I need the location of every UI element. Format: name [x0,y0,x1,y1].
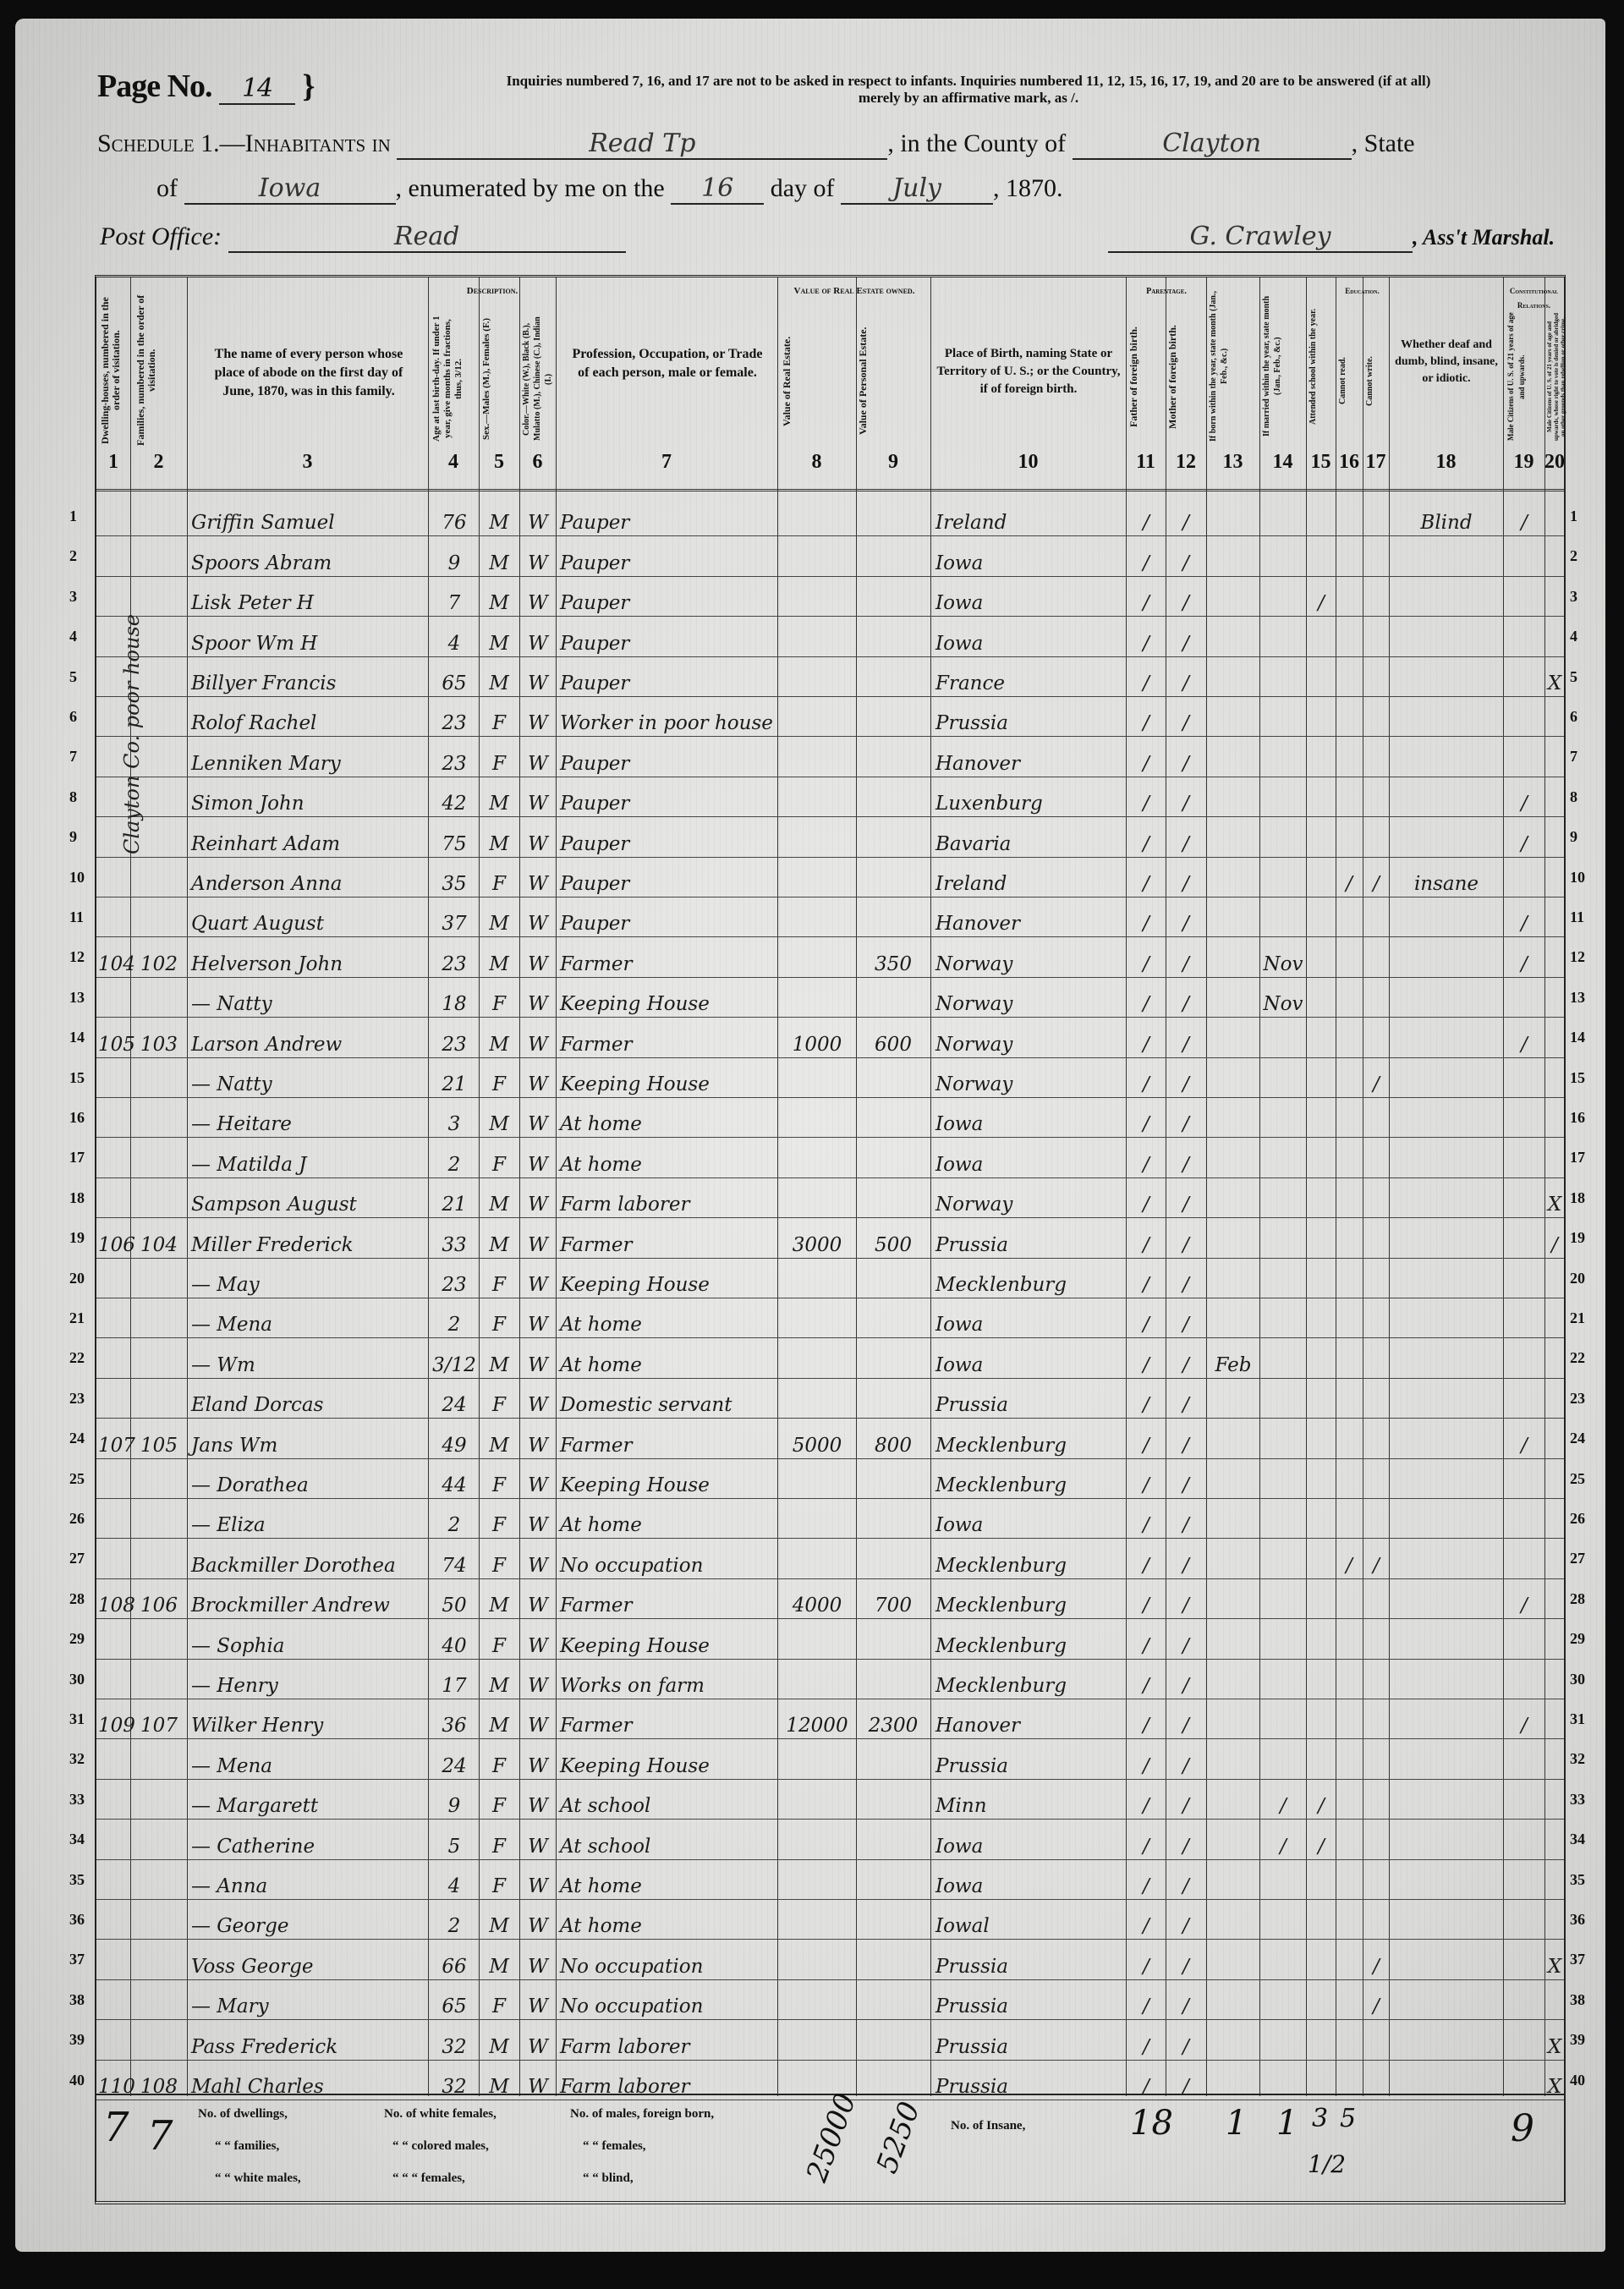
cell-occupation: At home [560,1314,776,1336]
cell-age: 2 [431,1514,478,1536]
cell-personal: 500 [858,1234,929,1256]
page-totals: 7 7 No. of dwellings, No. of white femal… [95,2094,1566,2204]
cell-color: W [521,1394,555,1416]
cell-citizen: / [1505,1715,1544,1737]
cell-name: Jans Wm [191,1435,428,1457]
cell-mother: / [1167,1394,1204,1416]
cell-sex: M [480,1595,518,1617]
line-number-right: 40 [1570,2072,1585,2089]
cell-write: / [1364,1956,1388,1978]
line-number-right: 20 [1570,1270,1585,1287]
cell-birthplace: Prussia [935,712,1123,734]
cell-name: — Sophia [191,1635,428,1657]
cell-family: 106 [132,1595,186,1617]
cell-birthplace: Prussia [935,1995,1123,2017]
cell-sex: M [480,1956,518,1978]
cell-sex: F [480,1394,518,1416]
cell-sex: F [480,712,518,734]
cell-father: / [1127,873,1165,895]
cell-mother: / [1167,1755,1204,1777]
line-number-left: 14 [69,1029,85,1046]
cell-name: Griffin Samuel [191,512,428,534]
table-row: 33Lisk Peter H7MWPauperIowa/// [96,576,1564,617]
line-number-left: 9 [69,828,77,846]
cell-mother: / [1167,672,1204,694]
line-number-left: 40 [69,2072,85,2089]
education-group-header: Education. [1336,284,1389,299]
cell-birthplace: Mecklenburg [935,1555,1123,1577]
cell-color: W [521,993,555,1015]
cell-sex: F [480,1073,518,1095]
line-number-right: 5 [1570,668,1577,686]
line-number-left: 32 [69,1750,85,1768]
line-number-right: 17 [1570,1149,1585,1166]
table-row: 22Spoors Abram9MWPauperIowa// [96,535,1564,576]
line-number-right: 34 [1570,1831,1585,1848]
cell-citizen: / [1505,953,1544,975]
line-number-left: 16 [69,1109,85,1127]
cell-personal: 350 [858,953,929,975]
table-row: 3333— Margarett9FWAt schoolMinn//// [96,1779,1564,1820]
cell-age: 74 [431,1555,478,1577]
cell-father: / [1127,793,1165,815]
line-number-right: 25 [1570,1470,1585,1488]
cell-name: — Matilda J [191,1154,428,1176]
cell-sex: F [480,1474,518,1496]
cell-mother: / [1167,1314,1204,1336]
cell-citizen: / [1505,512,1544,534]
cell-occupation: At home [560,1514,776,1536]
cell-occupation: Works on farm [560,1675,776,1697]
line-number-left: 13 [69,989,85,1007]
cell-birthplace: Prussia [935,1755,1123,1777]
line-number-left: 15 [69,1069,85,1087]
cell-father: / [1127,1274,1165,1296]
cell-color: W [521,793,555,815]
cell-color: W [521,1635,555,1657]
cell-father: / [1127,1875,1165,1897]
table-row: 2929— Sophia40FWKeeping HouseMecklenburg… [96,1618,1564,1659]
cell-age: 32 [431,2036,478,2058]
cell-occupation: At home [560,1354,776,1376]
cell-birthplace: Hanover [935,913,1123,935]
cell-birthplace: Norway [935,953,1123,975]
page-number-value: 14 [219,74,295,105]
cell-name: — Mena [191,1755,428,1777]
cell-mother: / [1167,2036,1204,2058]
cell-denied: X [1545,1956,1564,1978]
cell-occupation: Keeping House [560,1274,776,1296]
margin-annotation: Clayton Co. poor house [120,614,144,854]
cell-name: Lenniken Mary [191,753,428,775]
cell-color: W [521,913,555,935]
cell-occupation: Pauper [560,833,776,855]
table-row: 77Lenniken Mary23FWPauperHanover// [96,736,1564,777]
cell-sex: F [480,1514,518,1536]
cell-occupation: Pauper [560,512,776,534]
cell-color: W [521,1675,555,1697]
line-number-right: 22 [1570,1349,1585,1367]
cell-name: — Henry [191,1675,428,1697]
table-row: 1414105103Larson Andrew23MWFarmer1000600… [96,1017,1564,1057]
table-row: 44Spoor Wm H4MWPauperIowa// [96,616,1564,656]
cell-birthplace: Iowa [935,1875,1123,1897]
col5-header: Sex.—Males (M.), Females (F.) [481,316,517,442]
cell-sex: F [480,1875,518,1897]
cell-age: 21 [431,1073,478,1095]
cell-name: — Margarett [191,1795,428,1817]
line-number-left: 28 [69,1590,85,1608]
cell-sex: M [480,1234,518,1256]
line-number-right: 14 [1570,1029,1585,1046]
personal-estate-total: 5250 [870,2098,927,2178]
cell-occupation: Pauper [560,753,776,775]
table-row: 3232— Mena24FWKeeping HousePrussia// [96,1738,1564,1779]
cell-occupation: Farmer [560,1034,776,1056]
line-number-left: 20 [69,1270,85,1287]
col14-total: 1 [1276,2104,1298,2143]
cell-father: / [1127,1915,1165,1937]
cell-color: W [521,1274,555,1296]
line-number-right: 18 [1570,1189,1585,1207]
cell-father: / [1127,1836,1165,1858]
families-total: 7 [147,2112,173,2160]
cell-mother: / [1167,913,1204,935]
table-row: 99Reinhart Adam75MWPauperBavaria/// [96,816,1564,857]
line-number-left: 3 [69,588,77,606]
cell-mother: / [1167,1555,1204,1577]
cell-father: / [1127,1675,1165,1697]
line-number-right: 7 [1570,748,1577,766]
cell-condition: insane [1391,873,1502,895]
enumeration-line: of Iowa, enumerated by me on the 16 day … [156,173,1063,205]
cell-occupation: Pauper [560,592,776,614]
line-number-left: 23 [69,1390,85,1408]
cell-sex: F [480,1274,518,1296]
cell-name: — Catherine [191,1836,428,1858]
cell-mother: / [1167,1194,1204,1216]
table-row: 1717— Matilda J2FWAt homeIowa// [96,1137,1564,1177]
cell-mother: / [1167,1354,1204,1376]
cell-mother: / [1167,1995,1204,2017]
cell-father: / [1127,753,1165,775]
line-number-right: 23 [1570,1390,1585,1408]
cell-name: Quart August [191,913,428,935]
table-row: 1212104102Helverson John23MWFarmer350Nor… [96,936,1564,977]
dwellings-total: 7 [103,2104,129,2151]
cell-sex: M [480,793,518,815]
line-number-left: 10 [69,869,85,887]
cell-father: / [1127,712,1165,734]
cell-mother: / [1167,1474,1204,1496]
cell-birthplace: Iowa [935,592,1123,614]
cell-name: Anderson Anna [191,873,428,895]
cell-father: / [1127,833,1165,855]
cell-age: 3 [431,1113,478,1135]
instructions-notice: Inquiries numbered 7, 16, and 17 are not… [381,73,1556,107]
cell-personal: 2300 [858,1715,929,1737]
cell-name: Eland Dorcas [191,1394,428,1416]
cell-color: W [521,1836,555,1858]
line-number-left: 1 [69,508,77,525]
cell-occupation: Farmer [560,1234,776,1256]
cell-name: Reinhart Adam [191,833,428,855]
cell-write: / [1364,1555,1388,1577]
cell-sex: F [480,1555,518,1577]
cell-occupation: Worker in poor house [560,712,776,734]
post-office-line: Post Office: Read [100,222,626,253]
cell-birthplace: Prussia [935,1956,1123,1978]
table-row: 3636— George2MWAt homeIowal// [96,1899,1564,1940]
cell-color: W [521,873,555,895]
cell-color: W [521,1514,555,1536]
cell-school: / [1308,1836,1335,1858]
cell-name: Backmiller Dorothea [191,1555,428,1577]
cell-age: 21 [431,1194,478,1216]
line-number-right: 6 [1570,708,1577,726]
cell-name: — Mary [191,1995,428,2017]
table-row: 2626— Eliza2FWAt homeIowa// [96,1498,1564,1539]
table-row: 1111Quart August37MWPauperHanover/// [96,897,1564,937]
cell-age: 36 [431,1715,478,1737]
line-number-right: 16 [1570,1109,1585,1127]
cell-mother: / [1167,793,1204,815]
cell-mother: / [1167,1154,1204,1176]
cell-mother: / [1167,1956,1204,1978]
cell-name: — Natty [191,1073,428,1095]
col15-total: 3 [1312,2104,1328,2133]
line-number-right: 28 [1570,1590,1585,1608]
cell-sex: F [480,1314,518,1336]
line-number-left: 2 [69,547,77,565]
cell-color: W [521,753,555,775]
cell-occupation: No occupation [560,1995,776,2017]
cell-father: / [1127,1715,1165,1737]
marshal-signature: G. Crawley [1108,222,1413,253]
line-number-right: 4 [1570,628,1577,645]
cell-color: W [521,2036,555,2058]
line-number-left: 4 [69,628,77,645]
table-row: 2424107105Jans Wm49MWFarmer5000800Meckle… [96,1418,1564,1458]
cell-name: — Dorathea [191,1474,428,1496]
cell-sex: F [480,1795,518,1817]
col16-total: 5 [1340,2104,1356,2133]
cell-color: W [521,633,555,655]
cell-occupation: Farmer [560,1715,776,1737]
line-number-right: 10 [1570,869,1585,887]
line-number-right: 9 [1570,828,1577,846]
col17-header: Cannot write. [1364,320,1388,442]
cell-name: — May [191,1274,428,1296]
col2-header: Families, numbered in the order of visit… [135,294,164,447]
cell-mother: / [1167,873,1204,895]
cell-personal: 600 [858,1034,929,1056]
cell-denied: / [1545,1234,1564,1256]
cell-birthplace: Iowal [935,1915,1123,1937]
line-number-left: 27 [69,1550,85,1567]
cell-occupation: At home [560,1154,776,1176]
cell-birthplace: Iowa [935,1514,1123,1536]
cell-birthplace: Iowa [935,1314,1123,1336]
cell-occupation: Keeping House [560,1635,776,1657]
line-number-right: 33 [1570,1791,1585,1809]
cell-condition: Blind [1391,512,1502,534]
table-row: 1616— Heitare3MWAt homeIowa// [96,1097,1564,1138]
cell-birthplace: Hanover [935,1715,1123,1737]
cell-father: / [1127,1514,1165,1536]
cell-sex: F [480,1995,518,2017]
cell-name: Sampson August [191,1194,428,1216]
col20-header: Male Citizens of U. S. of 21 years of ag… [1546,311,1563,442]
col11-total: 18 [1130,2104,1173,2143]
col16-header: Cannot read. [1337,320,1361,442]
cell-color: W [521,1034,555,1056]
cell-age: 9 [431,552,478,574]
cell-age: 17 [431,1675,478,1697]
cell-citizen: / [1505,1034,1544,1056]
cell-sex: M [480,833,518,855]
cell-sex: M [480,913,518,935]
table-row: 3939Pass Frederick32MWFarm laborerPrussi… [96,2019,1564,2060]
cell-occupation: At home [560,1915,776,1937]
line-number-right: 27 [1570,1550,1585,1567]
table-row: 1818Sampson August21MWFarm laborerNorway… [96,1177,1564,1218]
cell-age: 23 [431,753,478,775]
cell-occupation: At school [560,1836,776,1858]
cell-birthplace: Mecklenburg [935,1595,1123,1617]
cell-name: — Eliza [191,1514,428,1536]
marshal-line: G. Crawley, Ass't Marshal. [1108,222,1555,253]
cell-occupation: Farm laborer [560,2036,776,2058]
line-number-left: 37 [69,1951,85,1968]
line-number-right: 24 [1570,1430,1585,1447]
cell-age: 65 [431,1995,478,2017]
cell-citizen: / [1505,913,1544,935]
cell-sex: M [480,1034,518,1056]
cell-age: 2 [431,1915,478,1937]
cell-married-month: / [1261,1836,1305,1858]
cell-mother: / [1167,1635,1204,1657]
col1-header: Dwelling-houses, numbered in the order o… [100,294,129,447]
line-number-right: 8 [1570,788,1577,806]
line-number-left: 19 [69,1229,85,1247]
cell-color: W [521,1755,555,1777]
cell-birthplace: Prussia [935,2036,1123,2058]
cell-mother: / [1167,993,1204,1015]
cell-occupation: At home [560,1113,776,1135]
cell-color: W [521,1995,555,2017]
cell-sex: F [480,1154,518,1176]
cell-color: W [521,592,555,614]
month-field: July [841,173,993,205]
cell-father: / [1127,1635,1165,1657]
cell-color: W [521,1715,555,1737]
cell-father: / [1127,1394,1165,1416]
cell-father: / [1127,1154,1165,1176]
cell-dwelling: 108 [98,1595,130,1617]
cell-age: 23 [431,1274,478,1296]
cell-color: W [521,1875,555,1897]
cell-family: 105 [132,1435,186,1457]
cell-age: 23 [431,953,478,975]
cell-age: 18 [431,993,478,1015]
cell-sex: F [480,753,518,775]
cell-mother: / [1167,512,1204,534]
cell-family: 107 [132,1715,186,1737]
table-row: 3434— Catherine5FWAt schoolIowa//// [96,1819,1564,1859]
col14-header: If married within the year, state month … [1261,290,1305,442]
cell-name: Rolof Rachel [191,712,428,734]
col19-total: 9 [1511,2107,1534,2150]
cell-birthplace: Mecklenburg [935,1474,1123,1496]
cell-father: / [1127,913,1165,935]
table-row: 88Simon John42MWPauperLuxenburg/// [96,777,1564,817]
line-number-left: 29 [69,1630,85,1648]
cell-denied: X [1545,2036,1564,2058]
cell-name: Helverson John [191,953,428,975]
cell-mother: / [1167,1034,1204,1056]
cell-real: 1000 [780,1034,854,1056]
real-estate-total: 25000 [800,2089,864,2186]
col7-header: Profession, Occupation, or Trade of each… [570,345,765,382]
cell-mother: / [1167,592,1204,614]
col6-header: Color.—White (W.), Black (B.), Mulatto (… [521,316,555,442]
cell-occupation: Farmer [560,1435,776,1457]
line-number-left: 34 [69,1831,85,1848]
post-office-field: Read [228,222,626,253]
cell-color: W [521,1474,555,1496]
cell-sex: M [480,633,518,655]
cell-age: 44 [431,1474,478,1496]
cell-name: — Wm [191,1354,428,1376]
table-row: 66Rolof Rachel23FWWorker in poor housePr… [96,696,1564,737]
cell-birthplace: Bavaria [935,833,1123,855]
cell-occupation: Farmer [560,953,776,975]
cell-real: 12000 [780,1715,854,1737]
cell-father: / [1127,1755,1165,1777]
table-row: 1313— Natty18FWKeeping HouseNorway//Nov [96,977,1564,1018]
col13-total: 1 [1226,2104,1247,2143]
cell-birthplace: Mecklenburg [935,1635,1123,1657]
day-field: 16 [671,173,764,205]
line-number-right: 3 [1570,588,1577,606]
cell-age: 24 [431,1755,478,1777]
cell-birthplace: France [935,672,1123,694]
cell-name: Billyer Francis [191,672,428,694]
line-number-left: 7 [69,748,77,766]
table-row: 1010Anderson Anna35FWPauperIreland////in… [96,857,1564,897]
cell-name: Spoors Abram [191,552,428,574]
description-group-header: Description. [429,284,556,299]
col10-header: Place of Birth, naming State or Territor… [935,345,1122,398]
cell-mother: / [1167,1274,1204,1296]
cell-married-month: / [1261,1795,1305,1817]
cell-family: 104 [132,1234,186,1256]
line-number-right: 39 [1570,2031,1585,2049]
line-number-left: 39 [69,2031,85,2049]
cell-age: 42 [431,793,478,815]
cell-age: 24 [431,1394,478,1416]
line-number-right: 1 [1570,508,1577,525]
cell-father: / [1127,993,1165,1015]
table-row: 1515— Natty21FWKeeping HouseNorway/// [96,1057,1564,1098]
cell-birthplace: Ireland [935,873,1123,895]
cell-age: 65 [431,672,478,694]
cell-color: W [521,1314,555,1336]
cell-age: 23 [431,712,478,734]
cell-mother: / [1167,1073,1204,1095]
cell-mother: / [1167,1113,1204,1135]
